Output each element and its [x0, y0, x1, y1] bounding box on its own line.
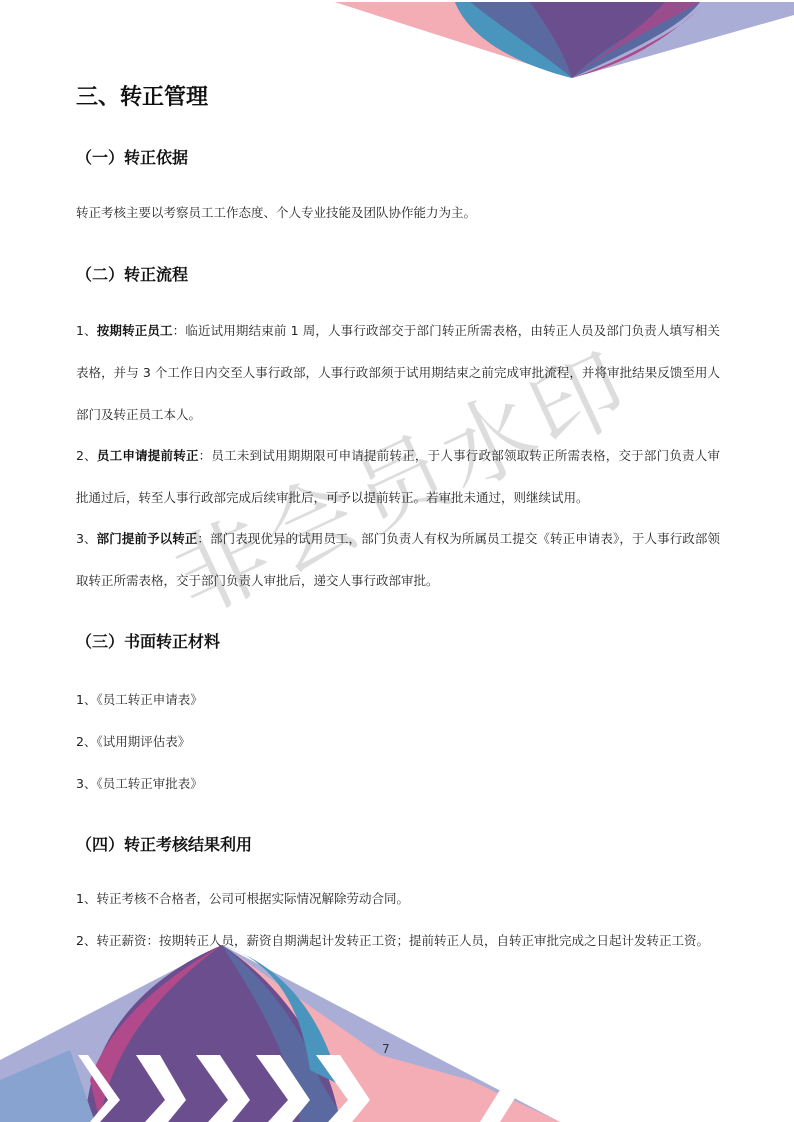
process-item-1: 1、按期转正员工：临近试用期结束前 1 周，人事行政部交于部门转正所需表格，由转…	[76, 310, 720, 436]
section-heading-basis: （一）转正依据	[76, 145, 188, 168]
material-item: 3、《员工转正审批表》	[76, 774, 203, 792]
section-heading-materials: （三）书面转正材料	[76, 629, 220, 652]
item-text: ：临近试用期结束前 1 周，人事行政部交于部门转正所需表格，由转正人员及部门负责…	[76, 323, 720, 422]
material-item: 1、《员工转正申请表》	[76, 690, 203, 708]
item-bold-label: 员工申请提前转正	[97, 448, 199, 463]
item-bold-label: 部门提前予以转正	[97, 531, 198, 546]
material-item: 2、《试用期评估表》	[76, 732, 190, 750]
top-decoration	[0, 0, 794, 90]
process-item-2: 2、员工申请提前转正：员工未到试用期期限可申请提前转正，于人事行政部领取转正所需…	[76, 435, 720, 519]
results-item-1: 1、转正考核不合格者，公司可根据实际情况解除劳动合同。	[76, 878, 720, 920]
item-prefix: 3、	[76, 531, 97, 546]
section-heading-process: （二）转正流程	[76, 262, 188, 285]
process-item-3: 3、部门提前予以转正：部门表现优异的试用员工，部门负责人有权为所属员工提交《转正…	[76, 518, 720, 602]
section-heading-results: （四）转正考核结果利用	[76, 832, 252, 855]
item-prefix: 2、	[76, 448, 97, 463]
item-prefix: 1、	[76, 323, 97, 338]
page-number: 7	[382, 1042, 390, 1056]
page-title: 三、转正管理	[76, 80, 208, 111]
item-bold-label: 按期转正员工	[97, 323, 173, 338]
results-item-2: 2、转正薪资：按期转正人员，薪资自期满起计发转正工资；提前转正人员，自转正审批完…	[76, 920, 720, 962]
paragraph-basis: 转正考核主要以考察员工工作态度、个人专业技能及团队协作能力为主。	[76, 192, 720, 234]
